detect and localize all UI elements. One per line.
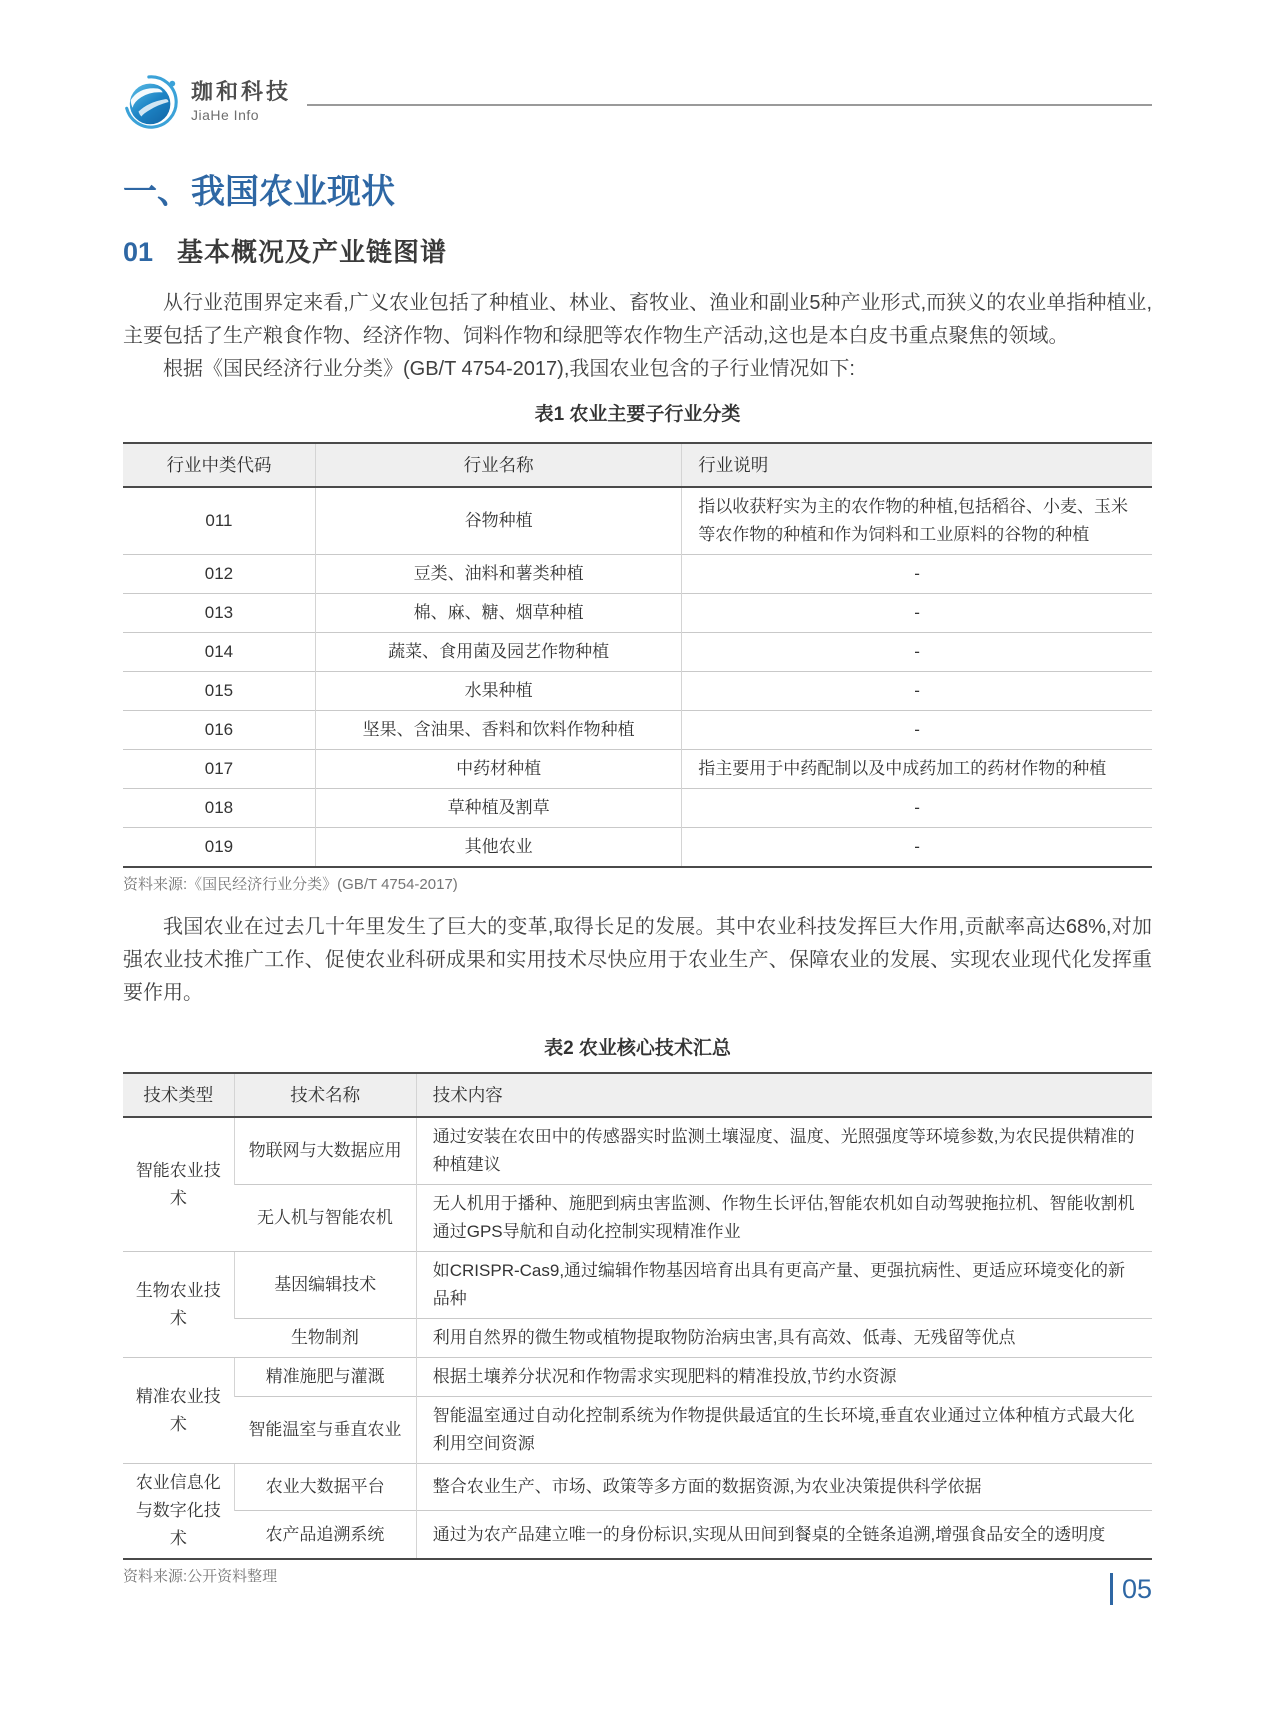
desc-cell: -: [682, 828, 1152, 868]
table-row: 无人机与智能农机 无人机用于播种、施肥到病虫害监测、作物生长评估,智能农机如自动…: [123, 1185, 1152, 1252]
brand-name-cn: 珈和科技: [191, 78, 291, 106]
desc-cell: -: [682, 789, 1152, 828]
code-cell: 017: [123, 750, 315, 789]
tech-name-cell: 物联网与大数据应用: [234, 1117, 416, 1185]
table-row: 017 中药材种植 指主要用于中药配制以及中成药加工的药材作物的种植: [123, 750, 1152, 789]
globe-swirl-logo-icon: [123, 72, 181, 132]
table-row: 智能温室与垂直农业 智能温室通过自动化控制系统为作物提供最适宜的生长环境,垂直农…: [123, 1397, 1152, 1464]
desc-cell: -: [682, 711, 1152, 750]
page-header: 珈和科技 JiaHe Info: [123, 72, 1152, 136]
code-cell: 013: [123, 594, 315, 633]
table-row: 012 豆类、油料和薯类种植 -: [123, 555, 1152, 594]
name-cell: 坚果、含油果、香料和饮料作物种植: [315, 711, 681, 750]
name-cell: 蔬菜、食用菌及园艺作物种植: [315, 633, 681, 672]
table1-header-name: 行业名称: [315, 443, 681, 487]
code-cell: 016: [123, 711, 315, 750]
name-cell: 豆类、油料和薯类种植: [315, 555, 681, 594]
name-cell: 其他农业: [315, 828, 681, 868]
table2-header-type: 技术类型: [123, 1073, 234, 1117]
header-rule: [307, 104, 1152, 106]
table-row: 农业信息化与数字化技术 农业大数据平台 整合农业生产、市场、政策等多方面的数据资…: [123, 1464, 1152, 1511]
desc-cell: 指以收获籽实为主的农作物的种植,包括稻谷、小麦、玉米等农作物的种植和作为饲料和工…: [682, 487, 1152, 555]
table-row: 013 棉、麻、糖、烟草种植 -: [123, 594, 1152, 633]
development-paragraph: 我国农业在过去几十年里发生了巨大的变革,取得长足的发展。其中农业科技发挥巨大作用…: [123, 911, 1152, 1010]
table1-header-code: 行业中类代码: [123, 443, 315, 487]
table-row: 农产品追溯系统 通过为农产品建立唯一的身份标识,实现从田间到餐桌的全链条追溯,增…: [123, 1511, 1152, 1559]
table1-caption: 表1 农业主要子行业分类: [123, 402, 1152, 428]
desc-cell: -: [682, 672, 1152, 711]
name-cell: 水果种植: [315, 672, 681, 711]
code-cell: 018: [123, 789, 315, 828]
table2-header-content: 技术内容: [416, 1073, 1152, 1117]
table-row: 016 坚果、含油果、香料和饮料作物种植 -: [123, 711, 1152, 750]
table-row: 011 谷物种植 指以收获籽实为主的农作物的种植,包括稻谷、小麦、玉米等农作物的…: [123, 487, 1152, 555]
tech-content-cell: 无人机用于播种、施肥到病虫害监测、作物生长评估,智能农机如自动驾驶拖拉机、智能收…: [416, 1185, 1152, 1252]
name-cell: 棉、麻、糖、烟草种植: [315, 594, 681, 633]
name-cell: 谷物种植: [315, 487, 681, 555]
name-cell: 中药材种植: [315, 750, 681, 789]
table1-source-note: 资料来源:《国民经济行业分类》(GB/T 4754-2017): [123, 875, 1152, 895]
name-cell: 草种植及割草: [315, 789, 681, 828]
intro-paragraph-2: 根据《国民经济行业分类》(GB/T 4754-2017),我国农业包含的子行业情…: [123, 353, 1152, 386]
desc-cell: -: [682, 594, 1152, 633]
type-cell: 智能农业技术: [123, 1117, 234, 1252]
page-title: 一、我国农业现状: [123, 170, 1152, 214]
table-row: 精准农业技术 精准施肥与灌溉 根据土壤养分状况和作物需求实现肥料的精准投放,节约…: [123, 1358, 1152, 1397]
code-cell: 011: [123, 487, 315, 555]
tech-name-cell: 无人机与智能农机: [234, 1185, 416, 1252]
tech-content-cell: 如CRISPR-Cas9,通过编辑作物基因培育出具有更高产量、更强抗病性、更适应…: [416, 1252, 1152, 1319]
intro-paragraph-1: 从行业范围界定来看,广义农业包括了种植业、林业、畜牧业、渔业和副业5种产业形式,…: [123, 287, 1152, 353]
tech-name-cell: 智能温室与垂直农业: [234, 1397, 416, 1464]
desc-cell: -: [682, 633, 1152, 672]
table2-header-row: 技术类型 技术名称 技术内容: [123, 1073, 1152, 1117]
tech-content-cell: 利用自然界的微生物或植物提取物防治病虫害,具有高效、低毒、无残留等优点: [416, 1319, 1152, 1358]
code-cell: 015: [123, 672, 315, 711]
code-cell: 019: [123, 828, 315, 868]
tech-content-cell: 智能温室通过自动化控制系统为作物提供最适宜的生长环境,垂直农业通过立体种植方式最…: [416, 1397, 1152, 1464]
table-row: 015 水果种植 -: [123, 672, 1152, 711]
table-row: 智能农业技术 物联网与大数据应用 通过安装在农田中的传感器实时监测土壤湿度、温度…: [123, 1117, 1152, 1185]
tech-content-cell: 根据土壤养分状况和作物需求实现肥料的精准投放,节约水资源: [416, 1358, 1152, 1397]
industry-classification-table: 行业中类代码 行业名称 行业说明 011 谷物种植 指以收获籽实为主的农作物的种…: [123, 442, 1152, 868]
code-cell: 014: [123, 633, 315, 672]
table-row: 生物农业技术 基因编辑技术 如CRISPR-Cas9,通过编辑作物基因培育出具有…: [123, 1252, 1152, 1319]
table1-header-row: 行业中类代码 行业名称 行业说明: [123, 443, 1152, 487]
page-number: 05: [1110, 1573, 1152, 1605]
tech-content-cell: 通过为农产品建立唯一的身份标识,实现从田间到餐桌的全链条追溯,增强食品安全的透明…: [416, 1511, 1152, 1559]
desc-cell: -: [682, 555, 1152, 594]
desc-cell: 指主要用于中药配制以及中成药加工的药材作物的种植: [682, 750, 1152, 789]
page-footer: 资料来源:公开资料整理 05: [123, 1567, 1152, 1605]
tech-content-cell: 通过安装在农田中的传感器实时监测土壤湿度、温度、光照强度等环境参数,为农民提供精…: [416, 1117, 1152, 1185]
tech-name-cell: 农产品追溯系统: [234, 1511, 416, 1559]
core-technology-table: 技术类型 技术名称 技术内容 智能农业技术 物联网与大数据应用 通过安装在农田中…: [123, 1072, 1152, 1560]
section-heading: 01 基本概况及产业链图谱: [123, 232, 1152, 269]
tech-content-cell: 整合农业生产、市场、政策等多方面的数据资源,为农业决策提供科学依据: [416, 1464, 1152, 1511]
section-number: 01: [123, 237, 153, 268]
tech-name-cell: 基因编辑技术: [234, 1252, 416, 1319]
type-cell: 生物农业技术: [123, 1252, 234, 1358]
document-page: 珈和科技 JiaHe Info 一、我国农业现状 01 基本概况及产业链图谱 从…: [0, 0, 1276, 1719]
tech-name-cell: 精准施肥与灌溉: [234, 1358, 416, 1397]
type-cell: 精准农业技术: [123, 1358, 234, 1464]
code-cell: 012: [123, 555, 315, 594]
table-row: 018 草种植及割草 -: [123, 789, 1152, 828]
brand-text: 珈和科技 JiaHe Info: [191, 72, 291, 124]
tech-name-cell: 生物制剂: [234, 1319, 416, 1358]
brand-name-en: JiaHe Info: [191, 106, 291, 124]
table-row: 014 蔬菜、食用菌及园艺作物种植 -: [123, 633, 1152, 672]
section-subtitle: 基本概况及产业链图谱: [177, 232, 447, 269]
type-cell: 农业信息化与数字化技术: [123, 1464, 234, 1560]
table2-caption: 表2 农业核心技术汇总: [123, 1036, 1152, 1062]
table2-source-note: 资料来源:公开资料整理: [123, 1567, 277, 1587]
table1-header-desc: 行业说明: [682, 443, 1152, 487]
table-row: 生物制剂 利用自然界的微生物或植物提取物防治病虫害,具有高效、低毒、无残留等优点: [123, 1319, 1152, 1358]
table-row: 019 其他农业 -: [123, 828, 1152, 868]
tech-name-cell: 农业大数据平台: [234, 1464, 416, 1511]
table2-header-name: 技术名称: [234, 1073, 416, 1117]
